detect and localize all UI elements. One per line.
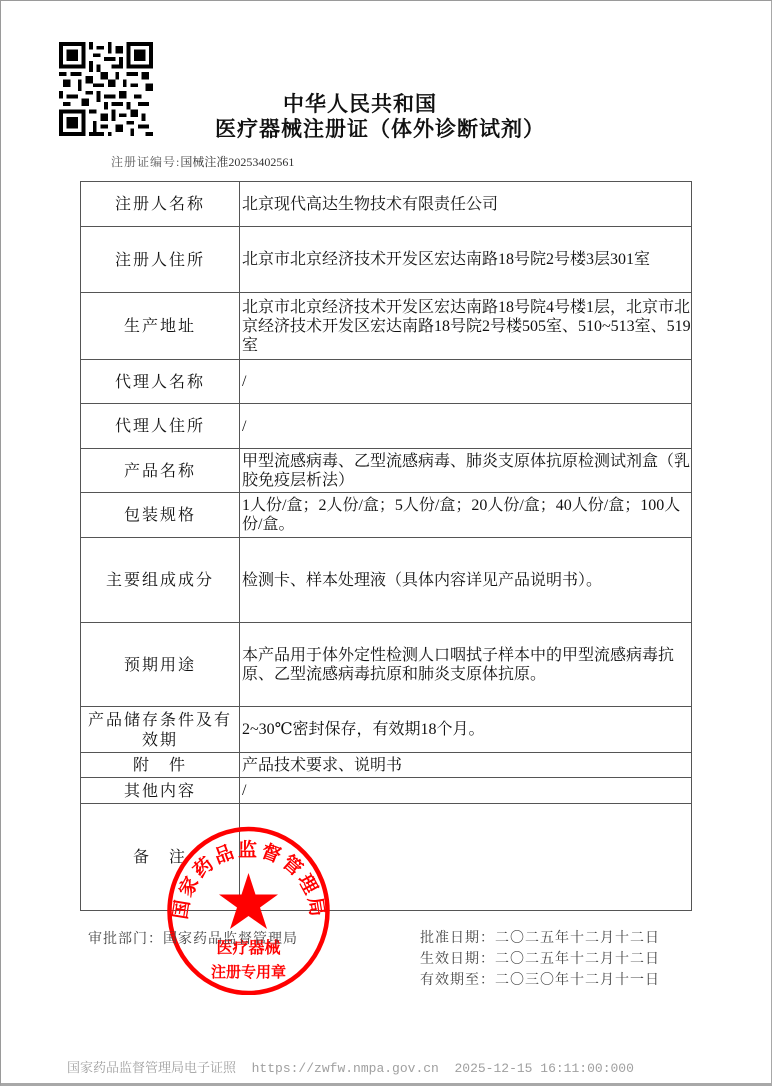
watermark-url: https://zwfw.nmpa.gov.cn bbox=[252, 1061, 439, 1076]
approval-date-label: 批准日期： bbox=[420, 931, 495, 946]
field-label: 代理人住所 bbox=[81, 404, 240, 449]
table-row: 代理人名称/ bbox=[81, 360, 692, 404]
table-row: 主要组成成分检测卡、样本处理液（具体内容详见产品说明书）。 bbox=[81, 538, 692, 623]
valid-until-value: 二〇三〇年十二月十一日 bbox=[495, 973, 660, 988]
approval-department-label: 审批部门： bbox=[88, 932, 163, 947]
field-value: 1人份/盒；2人份/盒；5人份/盒；20人份/盒；40人份/盒；100人份/盒。 bbox=[240, 493, 692, 538]
field-label: 预期用途 bbox=[81, 623, 240, 707]
field-value: / bbox=[240, 404, 692, 449]
registration-number-value: 国械注准20253402561 bbox=[180, 155, 294, 169]
field-value: 北京现代高达生物技术有限责任公司 bbox=[240, 182, 692, 227]
watermark-timestamp: 2025-12-15 16:11:00:000 bbox=[454, 1061, 633, 1076]
approval-date-value: 二〇二五年十二月十二日 bbox=[495, 931, 660, 946]
field-label: 注册人名称 bbox=[81, 182, 240, 227]
field-value: 北京市北京经济技术开发区宏达南路18号院4号楼1层，北京市北京经济技术开发区宏达… bbox=[240, 293, 692, 360]
approval-date: 批准日期：二〇二五年十二月十二日 bbox=[420, 928, 660, 949]
registration-number-label: 注册证编号: bbox=[111, 155, 180, 169]
document-title: 医疗器械注册证（体外诊断试剂） bbox=[215, 113, 570, 143]
effective-date: 生效日期：二〇二五年十二月十二日 bbox=[420, 949, 660, 970]
field-label: 附 件 bbox=[81, 753, 240, 778]
table-row: 生产地址北京市北京经济技术开发区宏达南路18号院4号楼1层，北京市北京经济技术开… bbox=[81, 293, 692, 360]
field-value: / bbox=[240, 778, 692, 804]
table-row: 代理人住所/ bbox=[81, 404, 692, 449]
field-value: 本产品用于体外定性检测人口咽拭子样本中的甲型流感病毒抗原、乙型流感病毒抗原和肺炎… bbox=[240, 623, 692, 707]
table-row: 包装规格1人份/盒；2人份/盒；5人份/盒；20人份/盒；40人份/盒；100人… bbox=[81, 493, 692, 538]
field-value bbox=[240, 804, 692, 911]
registration-number: 注册证编号:国械注准20253402561 bbox=[111, 153, 294, 170]
field-label: 其他内容 bbox=[81, 778, 240, 804]
field-label: 代理人名称 bbox=[81, 360, 240, 404]
approval-department: 审批部门：国家药品监督管理局 bbox=[88, 928, 298, 948]
table-row: 其他内容/ bbox=[81, 778, 692, 804]
table-row: 产品储存条件及有效期2~30℃密封保存，有效期18个月。 bbox=[81, 707, 692, 753]
watermark-issuer: 国家药品监督管理局电子证照 bbox=[67, 1061, 236, 1076]
table-row: 附 件产品技术要求、说明书 bbox=[81, 753, 692, 778]
effective-date-label: 生效日期： bbox=[420, 952, 495, 967]
table-row: 注册人住所北京市北京经济技术开发区宏达南路18号院2号楼3层301室 bbox=[81, 227, 692, 293]
field-label: 备 注 bbox=[81, 804, 240, 911]
table-row: 备 注 bbox=[81, 804, 692, 911]
table-row: 预期用途本产品用于体外定性检测人口咽拭子样本中的甲型流感病毒抗原、乙型流感病毒抗… bbox=[81, 623, 692, 707]
field-label: 产品储存条件及有效期 bbox=[81, 707, 240, 753]
field-value: 检测卡、样本处理液（具体内容详见产品说明书）。 bbox=[240, 538, 692, 623]
valid-until-label: 有效期至： bbox=[420, 973, 495, 988]
qr-code bbox=[59, 42, 153, 136]
valid-until: 有效期至：二〇三〇年十二月十一日 bbox=[420, 970, 660, 991]
field-value: / bbox=[240, 360, 692, 404]
field-label: 主要组成成分 bbox=[81, 538, 240, 623]
field-value: 甲型流感病毒、乙型流感病毒、肺炎支原体抗原检测试剂盒（乳胶免疫层析法） bbox=[240, 449, 692, 493]
e-certificate-watermark: 国家药品监督管理局电子证照 https://zwfw.nmpa.gov.cn 2… bbox=[67, 1057, 634, 1076]
field-value: 产品技术要求、说明书 bbox=[240, 753, 692, 778]
field-value: 北京市北京经济技术开发区宏达南路18号院2号楼3层301室 bbox=[240, 227, 692, 293]
date-block: 批准日期：二〇二五年十二月十二日 生效日期：二〇二五年十二月十二日 有效期至：二… bbox=[420, 928, 660, 991]
approval-department-value: 国家药品监督管理局 bbox=[163, 932, 298, 947]
table-row: 注册人名称北京现代高达生物技术有限责任公司 bbox=[81, 182, 692, 227]
effective-date-value: 二〇二五年十二月十二日 bbox=[495, 952, 660, 967]
field-label: 注册人住所 bbox=[81, 227, 240, 293]
field-label: 包装规格 bbox=[81, 493, 240, 538]
field-label: 产品名称 bbox=[81, 449, 240, 493]
table-row: 产品名称甲型流感病毒、乙型流感病毒、肺炎支原体抗原检测试剂盒（乳胶免疫层析法） bbox=[81, 449, 692, 493]
field-value: 2~30℃密封保存，有效期18个月。 bbox=[240, 707, 692, 753]
field-label: 生产地址 bbox=[81, 293, 240, 360]
certificate-table: 注册人名称北京现代高达生物技术有限责任公司注册人住所北京市北京经济技术开发区宏达… bbox=[80, 181, 692, 911]
